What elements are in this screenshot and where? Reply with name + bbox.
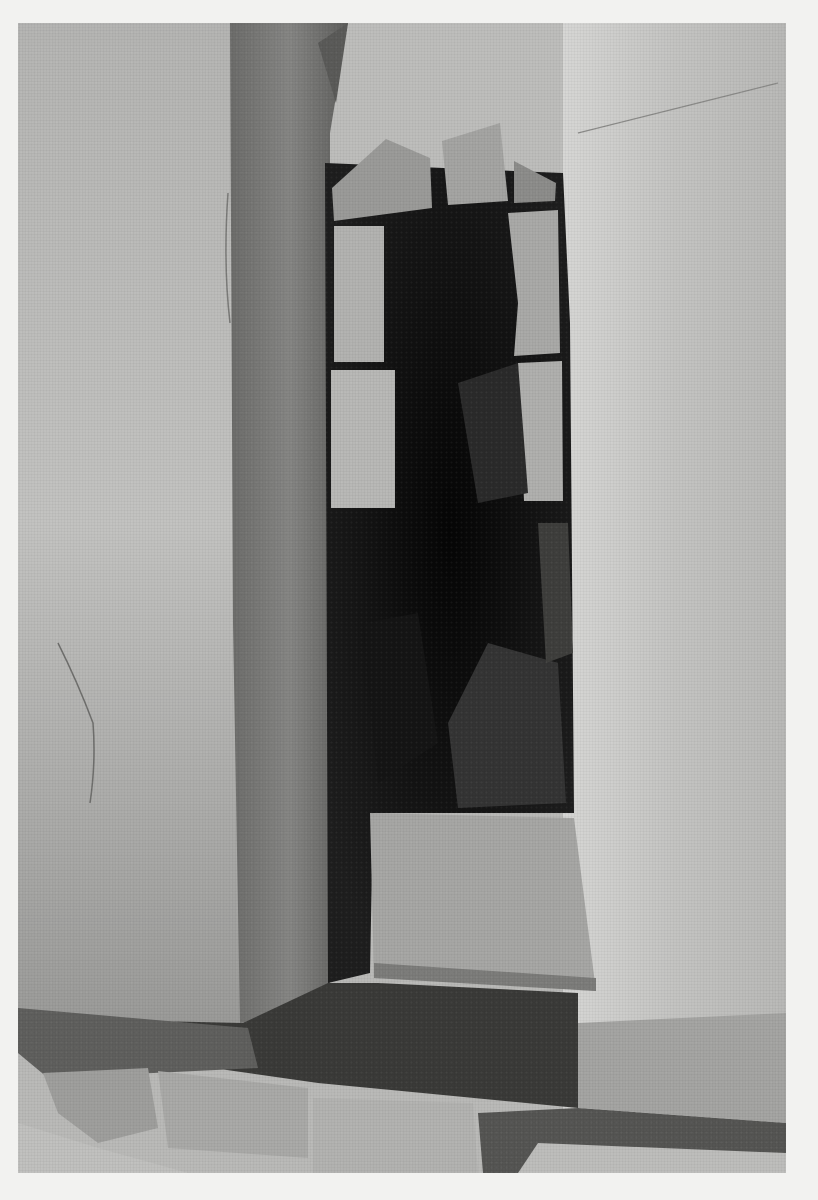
floor-slab-2 (43, 1068, 158, 1143)
floor-slab-3 (158, 1071, 308, 1158)
photograph (18, 23, 786, 1173)
jamb-stone-left-1 (334, 226, 384, 362)
right-plaster-wall (563, 23, 786, 1123)
jamb-stone-right-1 (508, 210, 560, 356)
floor-slab-4 (313, 1098, 478, 1173)
sill-block (370, 813, 596, 991)
photo-scene (18, 23, 786, 1173)
jamb-stone-left-2 (331, 370, 395, 508)
left-plaster-wall (18, 23, 243, 1023)
